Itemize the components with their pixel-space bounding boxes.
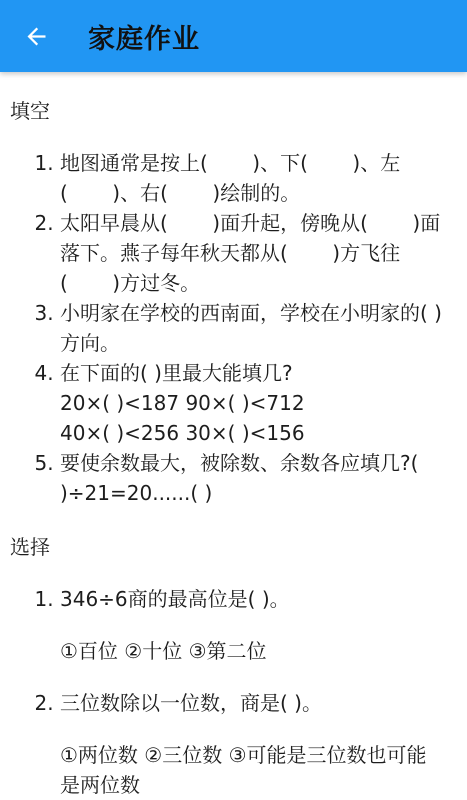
app-bar: 家庭作业: [0, 0, 467, 72]
fill-in-question-4: 在下面的( )里最大能填几? 20×( )<187 90×( )<712 40×…: [60, 358, 459, 448]
choice-question-1-text: 346÷6商的最高位是( )。: [60, 584, 459, 614]
fill-in-question-3: 小明家在学校的西南面，学校在小明家的( ) 方向。: [60, 298, 459, 358]
fill-in-question-list: 地图通常是按上( )、下( )、左 ( )、右( )绘制的。 太阳早晨从( )面…: [10, 148, 459, 508]
section-heading-fill-in: 填空: [10, 96, 459, 126]
back-button[interactable]: [16, 16, 56, 56]
choice-question-2-text: 三位数除以一位数，商是( )。: [60, 688, 459, 718]
fill-in-question-2: 太阳早晨从( )面升起，傍晚从( )面 落下。燕子每年秋天都从( )方飞往 ( …: [60, 208, 459, 298]
page-title: 家庭作业: [88, 17, 200, 56]
app-screen: 家庭作业 填空 地图通常是按上( )、下( )、左 ( )、右( )绘制的。 太…: [0, 0, 467, 800]
choice-question-list: 346÷6商的最高位是( )。 ①百位 ②十位 ③第二位 三位数除以一位数，商是…: [10, 584, 459, 800]
choice-question-2-options: ①两位数 ②三位数 ③可能是三位数也可能 是两位数: [60, 740, 459, 800]
fill-in-question-1: 地图通常是按上( )、下( )、左 ( )、右( )绘制的。: [60, 148, 459, 208]
choice-question-1: 346÷6商的最高位是( )。 ①百位 ②十位 ③第二位: [60, 584, 459, 666]
content-scroll[interactable]: 填空 地图通常是按上( )、下( )、左 ( )、右( )绘制的。 太阳早晨从(…: [0, 72, 467, 800]
section-heading-choice: 选择: [10, 532, 459, 562]
arrow-left-icon: [23, 23, 50, 50]
choice-question-1-options: ①百位 ②十位 ③第二位: [60, 636, 459, 666]
fill-in-question-5: 要使余数最大，被除数、余数各应填几?( )÷21=20......( ): [60, 448, 459, 508]
choice-question-2: 三位数除以一位数，商是( )。 ①两位数 ②三位数 ③可能是三位数也可能 是两位…: [60, 688, 459, 800]
